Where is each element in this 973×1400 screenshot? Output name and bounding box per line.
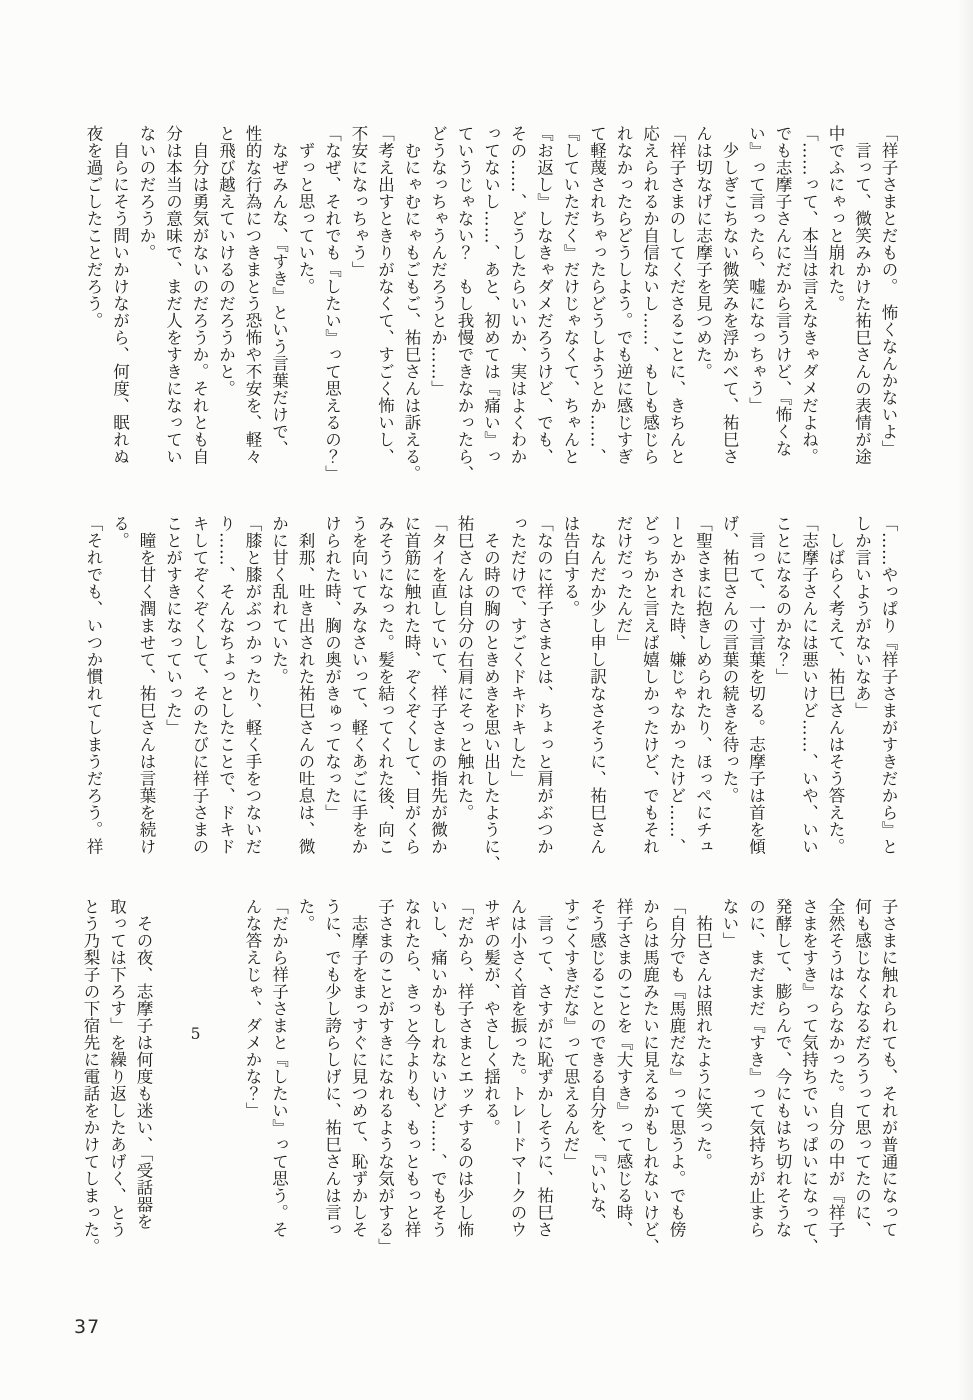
text-line: キしてぞくぞくして、そのたびに祥子さまの xyxy=(186,515,213,874)
section-number: 5 xyxy=(182,898,209,1170)
text-line: しばらく考えて、祐巳さんはそう答えた。 xyxy=(822,515,849,874)
text-line: れなかったらどうしよう。でも逆に感じすぎ xyxy=(610,125,637,484)
text-line: 「……って、本当は言えなきゃダメだよね。 xyxy=(795,125,822,484)
text-line: 性的な行為につきまとう恐怖や不安を、軽々 xyxy=(239,125,266,484)
text-line: ていうじゃない？ もし我慢できなかったら、 xyxy=(451,125,478,484)
text-line: 取っては下ろす」を繰り返したあげく、とう xyxy=(103,898,130,1257)
text-band-bottom: 子さまに触れられても、それが普通になって何も感じなくなるだろうって思ってたのに、… xyxy=(77,898,902,1257)
text-line: 祐巳さんは照れたように笑った。 xyxy=(689,898,716,1257)
text-line: 不安になっちゃう」 xyxy=(345,125,372,484)
text-line: り……、そんなちょっとしたことで、ドキド xyxy=(212,515,239,874)
text-line: と飛び越えていけるのだろうかと。 xyxy=(212,125,239,484)
text-line: ーとかされた時、嫌じゃなかったけど……、 xyxy=(663,515,690,874)
text-line: とう乃梨子の下宿先に電話をかけてしまった。 xyxy=(77,898,104,1257)
text-line: げ、祐巳さんの言葉の続きを待った。 xyxy=(716,515,743,874)
text-line: 瞳を甘く潤ませて、祐巳さんは言葉を続け xyxy=(133,515,160,874)
text-line: しか言いようがないなあ」 xyxy=(848,515,875,874)
text-line: 「だから、祥子さまとエッチするのは少し怖 xyxy=(451,898,478,1257)
text-line: からは馬鹿みたいに見えるかもしれないけど、 xyxy=(636,898,663,1257)
text-line: のに、まだまだ『すき』って気持ちが止まら xyxy=(742,898,769,1257)
text-line: サギの髪が、やさしく揺れる。 xyxy=(477,898,504,1257)
text-line: うに、でも少し誇らしげに、祐巳さんは言っ xyxy=(318,898,345,1257)
text-line: 「考え出すときりがなくて、すごく怖いし、 xyxy=(371,125,398,484)
text-line: ってないし……、あと、初めては『痛い』っ xyxy=(477,125,504,484)
scan-edge-shadow xyxy=(957,0,973,1400)
text-line: かに甘く乱れていた。 xyxy=(265,515,292,874)
text-line: 刹那、吐き出された祐巳さんの吐息は、微 xyxy=(292,515,319,874)
text-line: なれたら、きっと今よりも、もっともっと祥 xyxy=(398,898,425,1257)
text-line: 応えられるか自信ないし……、もしも感じら xyxy=(636,125,663,484)
text-line: い』って言ったら、嘘になっちゃう」 xyxy=(742,125,769,484)
text-line: 「なぜ、それでも『したい』って思えるの？」 xyxy=(318,125,345,484)
text-line: 子さまのことがすきになれるような気がする」 xyxy=(371,898,398,1257)
text-line: 志摩子をまっすぐに見つめて、恥ずかしそ xyxy=(345,898,372,1257)
text-line: 「タイを直していて、祥子さまの指先が微か xyxy=(424,515,451,874)
text-line: は告白する。 xyxy=(557,515,584,874)
page-number: 37 xyxy=(74,1316,100,1338)
text-line: でも志摩子さんにだから言うけど、『怖くな xyxy=(769,125,796,484)
text-line: 中でふにゃっと崩れた。 xyxy=(822,125,849,484)
text-line: 自分は勇気がないのだろうか。それとも自 xyxy=(186,125,213,484)
novel-page: 「祥子さまとだもの。 怖くなんかないよ」 言って、微笑みかけた祐巳さんの表情が途… xyxy=(0,0,973,1400)
text-line: 「……やっぱり『祥子さまがすきだから』と xyxy=(875,515,902,874)
text-line: 「なのに祥子さまとは、ちょっと肩がぶつか xyxy=(530,515,557,874)
text-line: 『お返し』しなきゃダメだろうけど、でも、 xyxy=(530,125,557,484)
text-line: 言って、微笑みかけた祐巳さんの表情が途 xyxy=(848,125,875,484)
text-line: どっちかと言えば嬉しかったけど、でもそれ xyxy=(636,515,663,874)
text-line: 分は本当の意味で、まだ人をすきになってい xyxy=(159,125,186,484)
text-line: ない」 xyxy=(716,898,743,1257)
text-line: どうなっちゃうんだろうとか……」 xyxy=(424,125,451,484)
text-line: むにゃむにゃもごもご、祐巳さんは訴える。 xyxy=(398,125,425,484)
text-line: 「聖さまに抱きしめられたり、ほっぺにチュ xyxy=(689,515,716,874)
text-line: 言って、一寸言葉を切る。志摩子は首を傾 xyxy=(742,515,769,874)
text-line: ずっと思っていた。 xyxy=(292,125,319,484)
text-line: 自らにそう問いかけながら、何度、眠れぬ xyxy=(106,125,133,484)
text-line: みそうになった。髪を結ってくれた後、向こ xyxy=(371,515,398,874)
text-line: 夜を過ごしたことだろう。 xyxy=(80,125,107,484)
text-line: けられた時、胸の奥がきゅってなった」 xyxy=(318,515,345,874)
text-line: る。 xyxy=(106,515,133,874)
text-line: ないのだろうか。 xyxy=(133,125,160,484)
text-line: に首筋に触れた時、ぞくぞくして、目がくら xyxy=(398,515,425,874)
text-line: た。 xyxy=(292,898,319,1257)
text-line: 少しぎこちない微笑みを浮かべて、祐巳さ xyxy=(716,125,743,484)
text-line: っただけで、すごくドキドキした」 xyxy=(504,515,531,874)
text-line: 「それでも、いつか慣れてしまうだろう。祥 xyxy=(80,515,107,874)
text-line: 「膝と膝がぶつかったり、軽く手をつないだ xyxy=(239,515,266,874)
text-line: 祥子さまのことを『大すき』って感じる時、 xyxy=(610,898,637,1257)
text-line: そう感じることのできる自分を、『いいな、 xyxy=(583,898,610,1257)
text-line: いし、痛いかもしれないけど……、でもそう xyxy=(424,898,451,1257)
text-line: その時の胸のときめきを思い出したように、 xyxy=(477,515,504,874)
text-band-top: 「祥子さまとだもの。 怖くなんかないよ」 言って、微笑みかけた祐巳さんの表情が途… xyxy=(80,125,902,484)
text-line: 子さまに触れられても、それが普通になって xyxy=(875,898,902,1257)
text-line: うを向いてみなさいって、軽くあごに手をか xyxy=(345,515,372,874)
text-line: さまをすき』って気持ちでいっぱいになって、 xyxy=(795,898,822,1257)
text-line: 『していただく』だけじゃなくて、ちゃんと xyxy=(557,125,584,484)
text-line: 「祥子さまとだもの。 怖くなんかないよ」 xyxy=(875,125,902,484)
text-line: 「志摩子さんには悪いけど……、いや、いい xyxy=(795,515,822,874)
text-line: 「祥子さまのしてくださることに、きちんと xyxy=(663,125,690,484)
text-line: 祐巳さんは自分の右肩にそっと触れた。 xyxy=(451,515,478,874)
text-line: 「自分でも『馬鹿だな』って思うよ。でも傍 xyxy=(663,898,690,1257)
text-line: 言って、さすがに恥ずかしそうに、祐巳さ xyxy=(530,898,557,1257)
text-line: 発酵して、膨らんで、今にもはち切れそうな xyxy=(769,898,796,1257)
text-line: んな答えじゃ、ダメかな？」 xyxy=(239,898,266,1257)
text-line: ことになるのかな？」 xyxy=(769,515,796,874)
text-line: 何も感じなくなるだろうって思ってたのに、 xyxy=(848,898,875,1257)
text-line: ことがすきになっていった」 xyxy=(159,515,186,874)
text-line: 「だから祥子さまと『したい』って思う。そ xyxy=(265,898,292,1257)
text-line: その夜、志摩子は何度も迷い、「受話器を xyxy=(130,898,157,1257)
text-line: だけだったんだ」 xyxy=(610,515,637,874)
text-line: て軽蔑されちゃったらどうしようとか……、 xyxy=(583,125,610,484)
text-line: その……、どうしたらいいか、実はよくわか xyxy=(504,125,531,484)
text-line: んは切なげに志摩子を見つめた。 xyxy=(689,125,716,484)
text-line: んは小さく首を振った。トレードマークのウ xyxy=(504,898,531,1257)
text-line: なぜみんな、『すき』という言葉だけで、 xyxy=(265,125,292,484)
text-line: なんだか少し申し訳なさそうに、祐巳さん xyxy=(583,515,610,874)
text-line: すごくすきだな』って思えるんだ」 xyxy=(557,898,584,1257)
text-line: 全然そうはならなかった。自分の中が『祥子 xyxy=(822,898,849,1257)
text-band-middle: 「……やっぱり『祥子さまがすきだから』としか言いようがないなあ」 しばらく考えて… xyxy=(80,515,902,874)
